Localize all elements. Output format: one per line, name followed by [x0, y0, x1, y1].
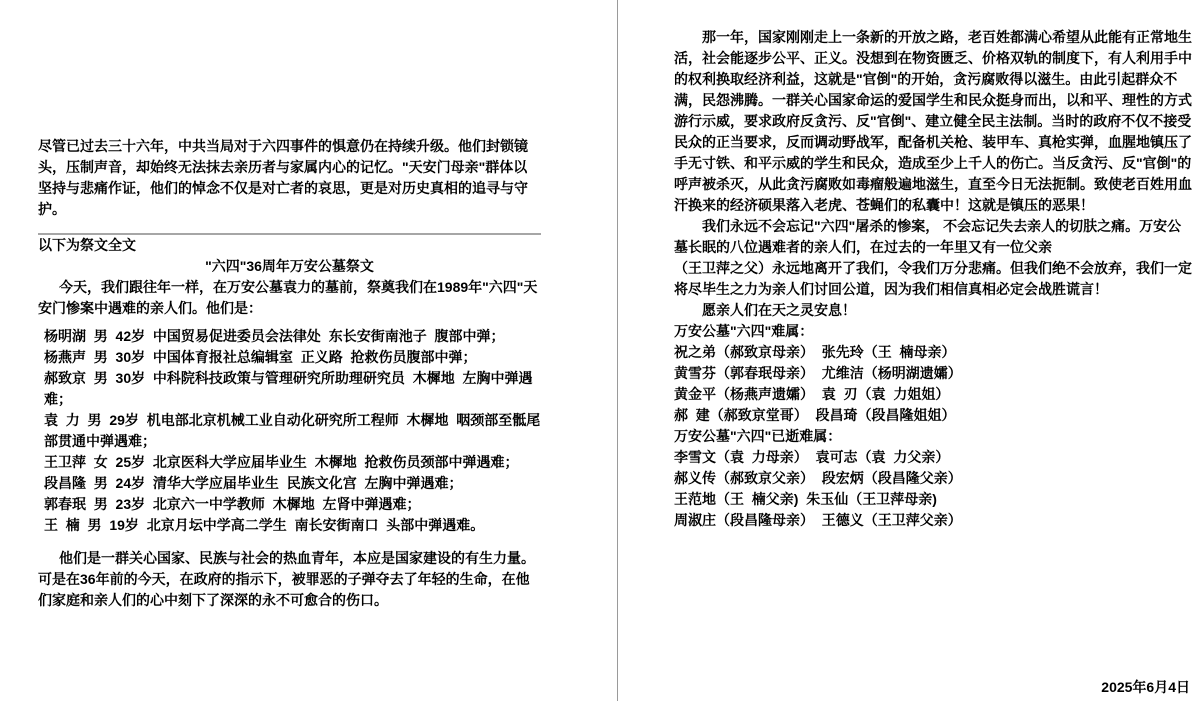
- left-column: 尽管已过去三十六年，中共当局对于六四事件的惧意仍在持续升级。他们封锁镜头，压制声…: [38, 136, 541, 611]
- intro-paragraph: 尽管已过去三十六年，中共当局对于六四事件的惧意仍在持续升级。他们封锁镜头，压制声…: [38, 136, 541, 220]
- fulltext-label: 以下为祭文全文: [38, 235, 541, 256]
- survivor-row: 黄金平（杨燕声遗孀） 袁 刃（袁 力姐姐）: [674, 384, 1192, 405]
- survivor-row: 黄雪芬（郭春珉母亲） 尤维洁（杨明湖遗孀）: [674, 363, 1192, 384]
- right-column: 那一年，国家刚刚走上一条新的开放之路，老百姓都满心希望从此能有正常地生活，社会能…: [674, 27, 1192, 531]
- memorial-paragraph: 我们永远不会忘记"六四"屠杀的惨案， 不会忘记失去亲人的切肤之痛。万安公墓长眠的…: [674, 216, 1192, 300]
- closing-paragraph: 他们是一群关心国家、民族与社会的热血青年，本应是国家建设的有生力量。可是在36年…: [38, 548, 541, 611]
- survivors-heading: 万安公墓"六四"难属：: [674, 321, 1192, 342]
- victim-row: 杨燕声 男 30岁 中国体育报社总编辑室 正义路 抢救伤员腹部中弹；: [38, 347, 541, 368]
- date-line: 2025年6月4日: [1101, 677, 1190, 698]
- deceased-row: 周淑庄（段昌隆母亲） 王德义（王卫萍父亲）: [674, 510, 1192, 531]
- history-paragraph: 那一年，国家刚刚走上一条新的开放之路，老百姓都满心希望从此能有正常地生活，社会能…: [674, 27, 1192, 216]
- column-divider: [617, 0, 618, 701]
- victim-list: 杨明湖 男 42岁 中国贸易促进委员会法律处 东长安街南池子 腹部中弹； 杨燕声…: [38, 326, 541, 536]
- document-page: 尽管已过去三十六年，中共当局对于六四事件的惧意仍在持续升级。他们封锁镜头，压制声…: [0, 0, 1200, 701]
- deceased-row: 王范地（王 楠父亲) 朱玉仙（王卫萍母亲): [674, 489, 1192, 510]
- rest-wish-line: 愿亲人们在天之灵安息！: [674, 300, 1192, 321]
- opening-paragraph: 今天，我们跟往年一样，在万安公墓袁力的墓前，祭奠我们在1989年"六四"天安门惨…: [38, 277, 541, 319]
- victim-row: 郝致京 男 30岁 中科院科技政策与管理研究所助理研究员 木樨地 左胸中弹遇难；: [38, 368, 541, 410]
- victim-row: 杨明湖 男 42岁 中国贸易促进委员会法律处 东长安街南池子 腹部中弹；: [38, 326, 541, 347]
- survivor-row: 祝之弟（郝致京母亲） 张先玲（王 楠母亲）: [674, 342, 1192, 363]
- victim-row: 王卫萍 女 25岁 北京医科大学应届毕业生 木樨地 抢救伤员颈部中弹遇难；: [38, 452, 541, 473]
- victim-row: 袁 力 男 29岁 机电部北京机械工业自动化研究所工程师 木樨地 咽颈部至骶尾部…: [38, 410, 541, 452]
- survivor-row: 郝 建（郝致京堂哥） 段昌琦（段昌隆姐姐）: [674, 405, 1192, 426]
- deceased-heading: 万安公墓"六四"已逝难属：: [674, 426, 1192, 447]
- victim-row: 王 楠 男 19岁 北京月坛中学高二学生 南长安街南口 头部中弹遇难。: [38, 515, 541, 536]
- eulogy-title: "六四"36周年万安公墓祭文: [38, 256, 541, 277]
- victim-row: 段昌隆 男 24岁 清华大学应届毕业生 民族文化宫 左胸中弹遇难；: [38, 473, 541, 494]
- deceased-row: 郝义传（郝致京父亲） 段宏炳（段昌隆父亲）: [674, 468, 1192, 489]
- victim-row: 郭春珉 男 23岁 北京六一中学教师 木樨地 左肾中弹遇难；: [38, 494, 541, 515]
- deceased-row: 李雪文（袁 力母亲） 袁可志（袁 力父亲）: [674, 447, 1192, 468]
